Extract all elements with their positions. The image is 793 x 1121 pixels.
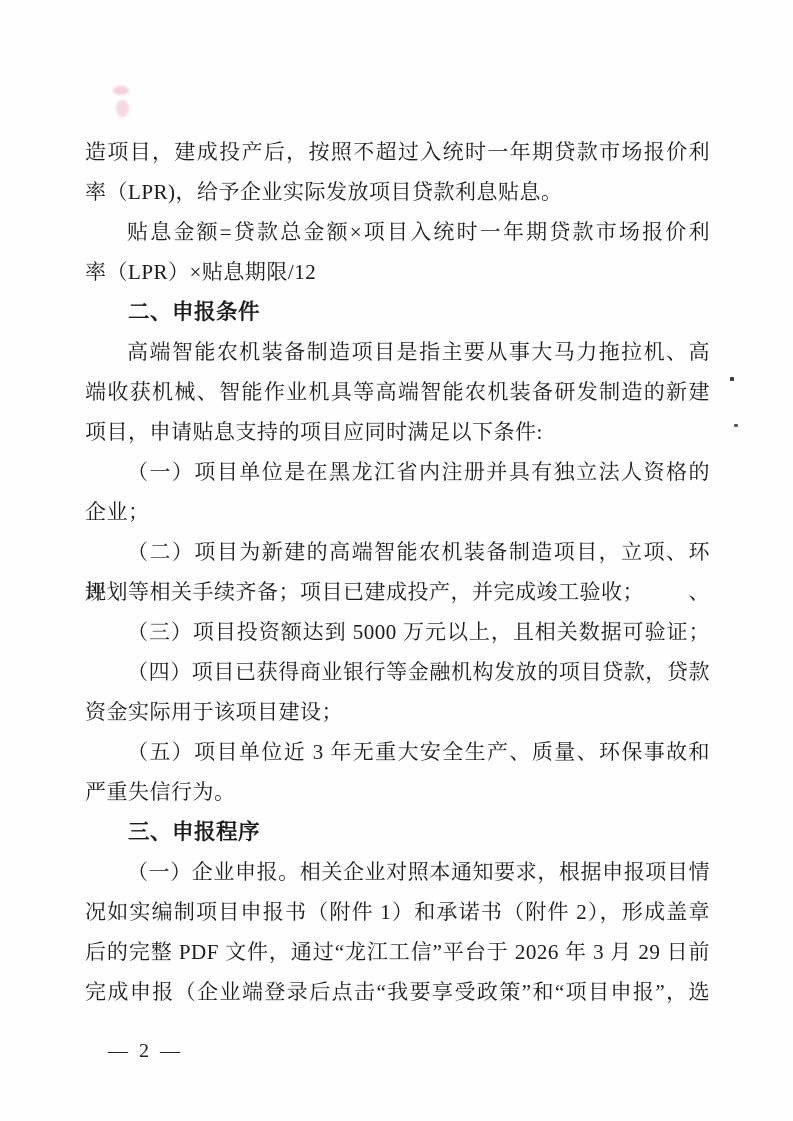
body-line-item-2: （二）项目为新建的高端智能农机装备制造项目，立项、环评、 (85, 532, 710, 572)
body-line: 端收获机械、智能作业机具等高端智能农机装备研发制造的新建 (85, 372, 710, 412)
body-line: 后的完整 PDF 文件，通过“龙江工信”平台于 2026 年 3 月 29 日前 (85, 932, 710, 972)
body-line: 资金实际用于该项目建设； (85, 692, 710, 732)
scan-speck (730, 377, 734, 381)
body-line: 企业； (85, 492, 710, 532)
body-line-item-4: （四）项目已获得商业银行等金融机构发放的项目贷款，贷款 (85, 652, 710, 692)
body-line: 完成申报（企业端登录后点击“我要享受政策”和“项目申报”，选 (85, 972, 710, 1012)
body-line-item-1: （一）项目单位是在黑龙江省内注册并具有独立法人资格的 (85, 452, 710, 492)
scan-artifact-red-mark (116, 100, 129, 117)
body-line: 项目，申请贴息支持的项目应同时满足以下条件: (85, 412, 710, 452)
body-line: 高端智能农机装备制造项目是指主要从事大马力拖拉机、高 (85, 332, 710, 372)
document-body: 造项目，建成投产后，按照不超过入统时一年期贷款市场报价利 率（LPR)，给予企业… (85, 132, 710, 1012)
body-line: 造项目，建成投产后，按照不超过入统时一年期贷款市场报价利 (85, 132, 710, 172)
body-line-item-3: （三）项目投资额达到 5000 万元以上，且相关数据可验证； (85, 612, 710, 652)
body-line: （一）企业申报。相关企业对照本通知要求，根据申报项目情 (85, 852, 710, 892)
section-heading-3: 三、申报程序 (85, 812, 710, 852)
body-line-formula: 率（LPR）×贴息期限/12 (85, 252, 710, 292)
body-line: 规划等相关手续齐备；项目已建成投产，并完成竣工验收； (85, 572, 710, 612)
body-line: 率（LPR)，给予企业实际发放项目贷款利息贴息。 (85, 172, 710, 212)
scan-speck (734, 424, 738, 427)
body-line-formula: 贴息金额=贷款总金额×项目入统时一年期贷款市场报价利 (85, 212, 710, 252)
body-line: 况如实编制项目申报书（附件 1）和承诺书（附件 2），形成盖章 (85, 892, 710, 932)
section-heading-2: 二、申报条件 (85, 292, 710, 332)
body-line-item-5: （五）项目单位近 3 年无重大安全生产、质量、环保事故和 (85, 732, 710, 772)
document-page: 造项目，建成投产后，按照不超过入统时一年期贷款市场报价利 率（LPR)，给予企业… (0, 0, 793, 1121)
scan-artifact-red-mark (113, 86, 129, 95)
page-number: — 2 — (108, 1040, 183, 1063)
body-line: 严重失信行为。 (85, 772, 710, 812)
